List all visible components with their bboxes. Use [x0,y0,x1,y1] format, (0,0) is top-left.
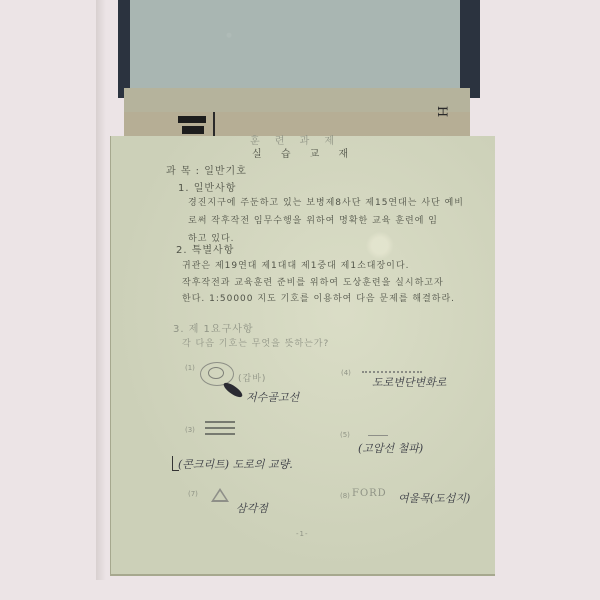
item-number: (5) [340,431,350,439]
item-number: (4) [341,369,351,377]
section-2-line: 한다. 1:50000 지도 기호를 이용하여 다음 문제를 해결하라. [182,291,455,304]
subject-line: 과 목 : 일반기호 [166,162,247,177]
header-line-2: 실 습 교 재 [252,145,356,160]
triangle-symbol-icon [211,488,229,502]
item-number: (8) [340,492,350,500]
item-printed-answer: (갑바) [238,371,266,384]
handwritten-answer: (콘크리트) 도로의 교량. [178,456,293,472]
handwritten-answer: 여울목(도섭지) [398,490,470,506]
section-2-line: 작후작전과 교육훈련 준비를 위하여 도상훈련을 실시하고자 [182,275,444,288]
section-2-line: 귀관은 제19연대 제1대대 제1중대 제1소대장이다. [182,258,409,271]
handwritten-answer: 삼각점 [236,500,268,516]
fold-strip [124,88,470,113]
item-number: (7) [188,490,198,498]
section-1-line: 경진지구에 주둔하고 있는 보병제8사단 제15연대는 사단 예비 [188,195,464,208]
handwritten-answer: 도로변단변화로 [372,374,446,390]
page-number: -1- [296,530,309,538]
spine-char: H [434,106,449,117]
section-1-line: 로써 작후작전 임무수행을 위하여 명확한 교육 훈련에 임 [188,213,438,226]
parallel-lines-symbol-icon [205,421,235,437]
dashed-line-symbol-icon [362,371,422,373]
dash-symbol-icon [368,435,388,436]
document-photo: H 훈 련 과 제 실 습 교 재 과 목 : 일반기호 1. 일반사항 경진지… [0,0,600,600]
section-2-title: 2. 특별사항 [176,241,234,256]
item-number: (1) [185,364,195,372]
section-1-title: 1. 일반사항 [178,179,236,194]
item-number: (3) [185,426,195,434]
cover-inner-paper [130,0,460,88]
shadow [96,0,106,580]
spine-divider [213,112,215,136]
section-3-title: 3. 제 1요구사항 [173,320,254,335]
ford-symbol-text: FORD [352,488,387,499]
handwritten-answer: 저수골고선 [246,389,299,405]
handwritten-answer: (고압선 철파) [358,440,423,456]
section-3-line: 각 다음 기호는 무엇을 뜻하는가? [182,336,329,349]
spine-title-mark [178,112,208,136]
